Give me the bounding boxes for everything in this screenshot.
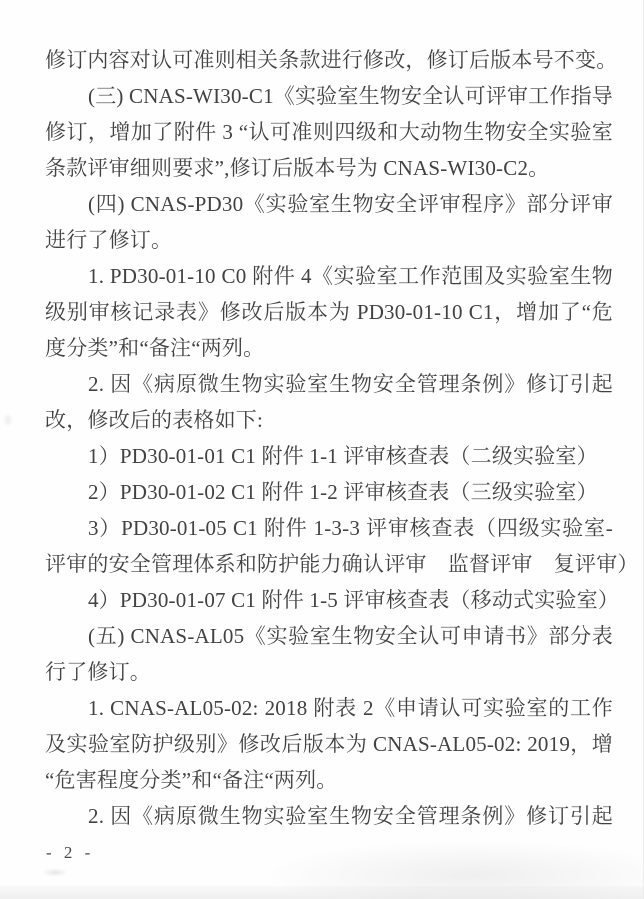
text-line: 行了修订。 bbox=[45, 654, 613, 690]
text-line: 2. 因《病原微生物实验室生物安全管理条例》修订引起的修 bbox=[45, 366, 613, 402]
text-line: 改，修改后的表格如下: bbox=[45, 402, 613, 438]
text-line: 2. 因《病原微生物实验室生物安全管理条例》修订引起的修 bbox=[45, 798, 613, 834]
text-line: 1. PD30-01-10 C0 附件 4《实验室工作范围及实验室生物防护 bbox=[45, 258, 613, 294]
text-line: (三) CNAS-WI30-C1《实验室生物安全认可评审工作指导书》 bbox=[45, 78, 613, 114]
text-line: 评审的安全管理体系和防护能力确认评审 监督评审 复评审） bbox=[45, 546, 613, 582]
page-number: - 2 - bbox=[46, 842, 94, 864]
scan-speck bbox=[42, 868, 68, 877]
scan-smudge-bottom-right bbox=[260, 840, 644, 899]
text-line: (五) CNAS-AL05《实验室生物安全认可申请书》部分表格进 bbox=[45, 618, 613, 654]
text-line: 级别审核记录表》修改后版本为 PD30-01-10 C1，增加了“危害程 bbox=[45, 294, 613, 330]
text-line: 1. CNAS-AL05-02: 2018 附表 2《申请认可实验室的工作范围 bbox=[45, 690, 613, 726]
text-line: “危害程度分类”和“备注“两列。 bbox=[45, 762, 613, 798]
text-line: 修订内容对认可准则相关条款进行修改，修订后版本号不变。 bbox=[45, 42, 613, 78]
text-line: 条款评审细则要求”,修订后版本号为 CNAS-WI30-C2。 bbox=[45, 150, 613, 186]
text-line: 及实验室防护级别》修改后版本为 CNAS-AL05-02: 2019，增加了 bbox=[45, 726, 613, 762]
text-line: 度分类”和“备注“两列。 bbox=[45, 330, 613, 366]
scan-smudge-bottom-band bbox=[0, 886, 644, 899]
text-line: (四) CNAS-PD30《实验室生物安全评审程序》部分评审表格 bbox=[45, 186, 613, 222]
text-line: 修订，增加了附件 3 “认可准则四级和大动物生物安全实验室部分 bbox=[45, 114, 613, 150]
text-line: 进行了修订。 bbox=[45, 222, 613, 258]
document-body: 修订内容对认可准则相关条款进行修改，修订后版本号不变。(三) CNAS-WI30… bbox=[45, 42, 613, 834]
document-page: 修订内容对认可准则相关条款进行修改，修订后版本号不变。(三) CNAS-WI30… bbox=[0, 0, 644, 899]
text-line: 2）PD30-01-02 C1 附件 1-2 评审核查表（三级实验室） bbox=[45, 474, 613, 510]
scan-speck-left bbox=[3, 413, 13, 427]
text-line: 4）PD30-01-07 C1 附件 1-5 评审核查表（移动式实验室） bbox=[45, 582, 613, 618]
text-line: 3）PD30-01-05 C1 附件 1-3-3 评审核查表（四级实验室-初次 bbox=[45, 510, 613, 546]
text-line: 1）PD30-01-01 C1 附件 1-1 评审核查表（二级实验室） bbox=[45, 438, 613, 474]
